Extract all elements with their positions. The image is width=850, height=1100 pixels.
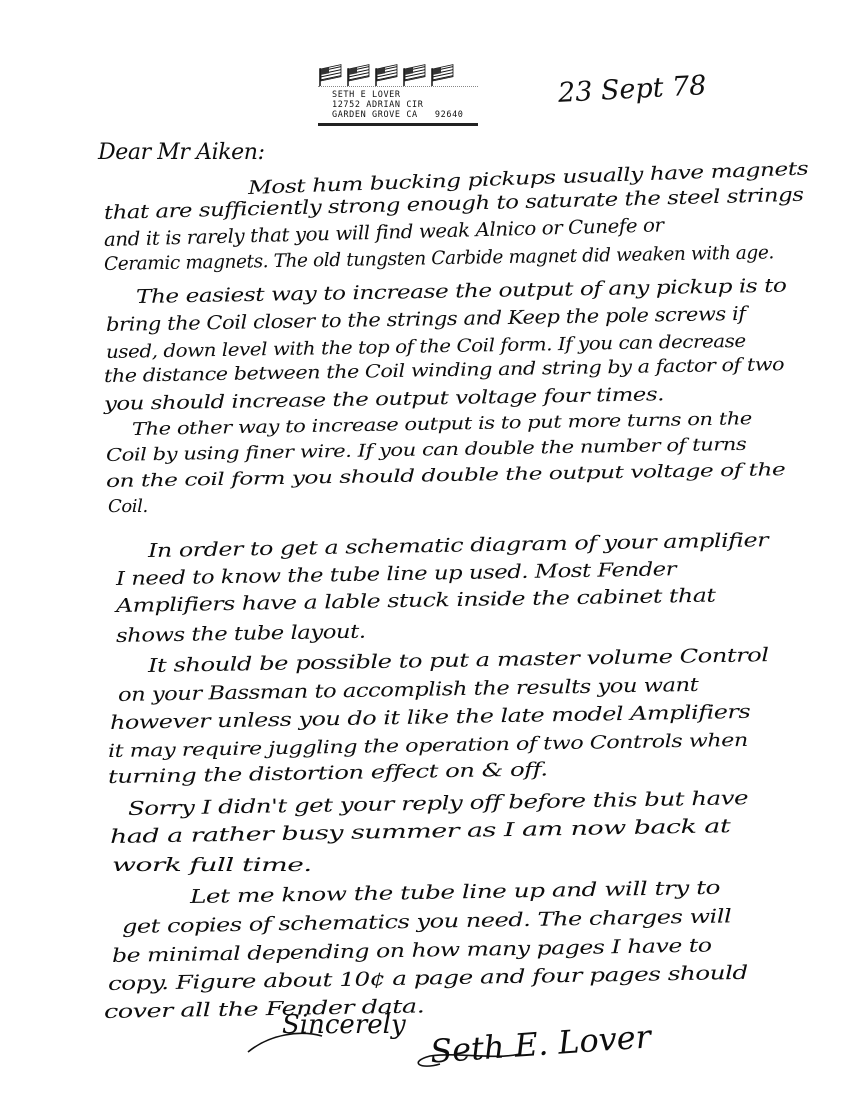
letter-line: you should increase the output voltage f…	[104, 384, 664, 415]
sender-name: SETH E LOVER	[332, 90, 478, 100]
flag-icon	[402, 63, 426, 86]
label-underline	[318, 123, 478, 126]
flag-icon	[318, 63, 342, 86]
letter-line: Amplifiers have a lable stuck inside the…	[116, 585, 716, 617]
letter-line: it may require juggling the operation of…	[108, 730, 748, 762]
flag-icon	[430, 63, 454, 86]
letter-line: get copies of schematics you need. The c…	[122, 905, 732, 938]
letter-line: however unless you do it like the late m…	[110, 701, 751, 734]
letter-page: SETH E LOVER 12752 ADRIAN CIR GARDEN GRO…	[0, 0, 850, 1100]
flag-icon	[346, 63, 370, 86]
letter-line: Let me know the tube line up and will tr…	[190, 877, 720, 908]
flag-strip	[318, 62, 478, 87]
letter-line: copy. Figure about 10¢ a page and four p…	[108, 962, 748, 995]
letter-line: Coil.	[108, 496, 148, 517]
return-address-label: SETH E LOVER 12752 ADRIAN CIR GARDEN GRO…	[318, 62, 478, 126]
letter-line: shows the tube layout.	[116, 621, 366, 647]
sender-street: 12752 ADRIAN CIR	[332, 100, 478, 110]
letter-line: turning the distortion effect on & off.	[108, 759, 548, 788]
letter-line: on your Bassman to accomplish the result…	[118, 674, 699, 706]
letter-line: had a rather busy summer as I am now bac…	[110, 815, 731, 848]
letter-line: bring the Coil closer to the strings and…	[106, 303, 746, 336]
letter-line: I need to know the tube line up used. Mo…	[116, 558, 676, 590]
letter-line: on the coil form you should double the o…	[106, 460, 786, 492]
letter-line: In order to get a schematic diagram of y…	[148, 529, 768, 562]
letter-line: work full time.	[112, 854, 312, 876]
letter-date: 23 Sept 78	[557, 70, 707, 109]
flag-icon	[374, 63, 398, 86]
letter-line: Sorry I didn't get your reply off before…	[128, 787, 748, 820]
letter-line: It should be possible to put a master vo…	[148, 644, 769, 677]
salutation: Dear Mr Aiken:	[98, 140, 265, 165]
letter-line: be minimal depending on how many pages I…	[112, 935, 712, 967]
closing: Sincerely	[282, 1010, 406, 1040]
letter-line: Coil by using finer wire. If you can dou…	[106, 435, 747, 466]
sender-city: GARDEN GROVE CA 92640	[332, 110, 478, 120]
address-block: SETH E LOVER 12752 ADRIAN CIR GARDEN GRO…	[318, 87, 478, 122]
